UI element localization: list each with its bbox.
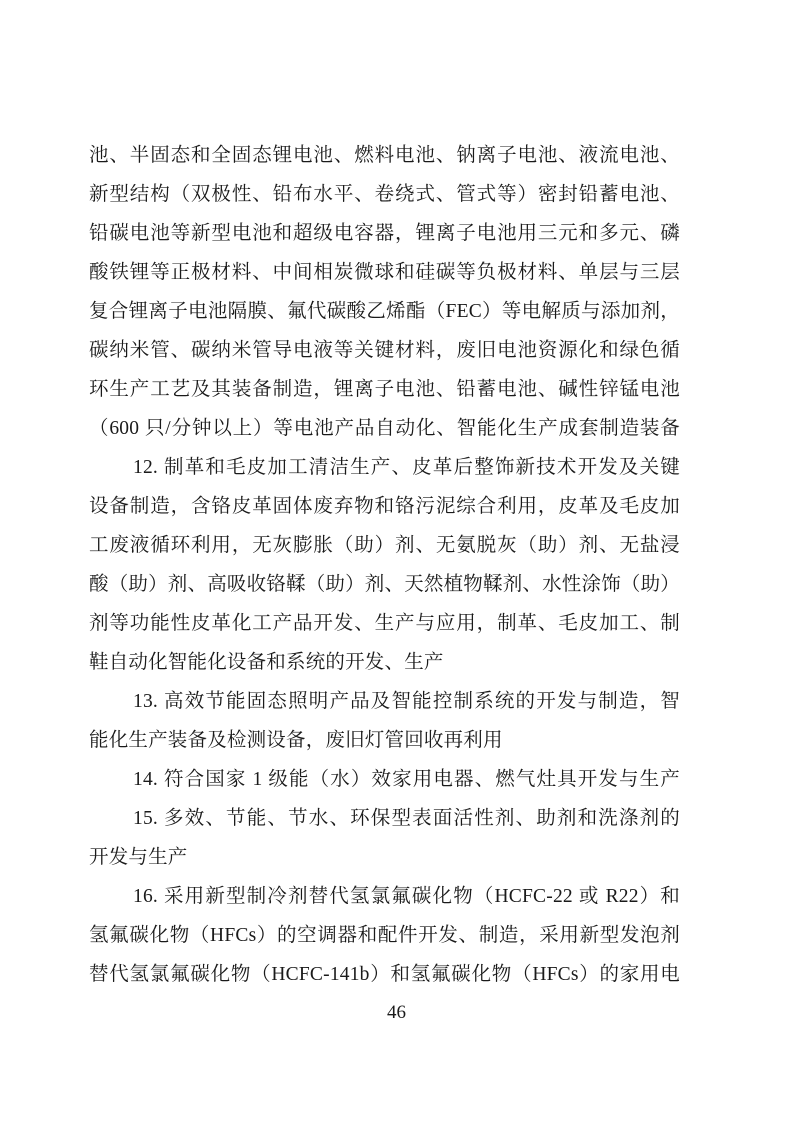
text-line: 替代氢氯氟碳化物（HCFC-141b）和氢氟碳化物（HFCs）的家用电 bbox=[89, 955, 680, 994]
text-line: 13. 高效节能固态照明产品及智能控制系统的开发与制造，智 bbox=[89, 682, 680, 721]
text-line: 16. 采用新型制冷剂替代氢氯氟碳化物（HCFC-22 或 R22）和 bbox=[89, 877, 680, 916]
text-line: 14. 符合国家 1 级能（水）效家用电器、燃气灶具开发与生产 bbox=[89, 760, 680, 799]
text-line: 环生产工艺及其装备制造，锂离子电池、铅蓄电池、碱性锌锰电池 bbox=[89, 370, 680, 409]
text-line: 池、半固态和全固态锂电池、燃料电池、钠离子电池、液流电池、 bbox=[89, 136, 680, 175]
text-line: 碳纳米管、碳纳米管导电液等关键材料，废旧电池资源化和绿色循 bbox=[89, 331, 680, 370]
text-line: 12. 制革和毛皮加工清洁生产、皮革后整饰新技术开发及关键 bbox=[89, 448, 680, 487]
text-line: 铅碳电池等新型电池和超级电容器，锂离子电池用三元和多元、磷 bbox=[89, 214, 680, 253]
text-line: 酸（助）剂、高吸收铬鞣（助）剂、天然植物鞣剂、水性涂饰（助） bbox=[89, 565, 680, 604]
text-line: 鞋自动化智能化设备和系统的开发、生产 bbox=[89, 643, 680, 682]
text-line: 开发与生产 bbox=[89, 838, 680, 877]
text-line: 新型结构（双极性、铅布水平、卷绕式、管式等）密封铅蓄电池、 bbox=[89, 175, 680, 214]
text-line: 设备制造，含铬皮革固体废弃物和铬污泥综合利用，皮革及毛皮加 bbox=[89, 487, 680, 526]
page-number: 46 bbox=[0, 1000, 793, 1026]
text-line: 氢氟碳化物（HFCs）的空调器和配件开发、制造，采用新型发泡剂 bbox=[89, 916, 680, 955]
text-line: 能化生产装备及检测设备，废旧灯管回收再利用 bbox=[89, 721, 680, 760]
document-text-block: 池、半固态和全固态锂电池、燃料电池、钠离子电池、液流电池、新型结构（双极性、铅布… bbox=[89, 136, 680, 994]
text-line: 工废液循环利用，无灰膨胀（助）剂、无氨脱灰（助）剂、无盐浸 bbox=[89, 526, 680, 565]
text-line: 15. 多效、节能、节水、环保型表面活性剂、助剂和洗涤剂的 bbox=[89, 799, 680, 838]
text-line: （600 只/分钟以上）等电池产品自动化、智能化生产成套制造装备 bbox=[89, 409, 680, 448]
document-page: 池、半固态和全固态锂电池、燃料电池、钠离子电池、液流电池、新型结构（双极性、铅布… bbox=[0, 0, 793, 1122]
text-line: 剂等功能性皮革化工产品开发、生产与应用，制革、毛皮加工、制 bbox=[89, 604, 680, 643]
text-line: 复合锂离子电池隔膜、氟代碳酸乙烯酯（FEC）等电解质与添加剂， bbox=[89, 292, 680, 331]
text-line: 酸铁锂等正极材料、中间相炭微球和硅碳等负极材料、单层与三层 bbox=[89, 253, 680, 292]
